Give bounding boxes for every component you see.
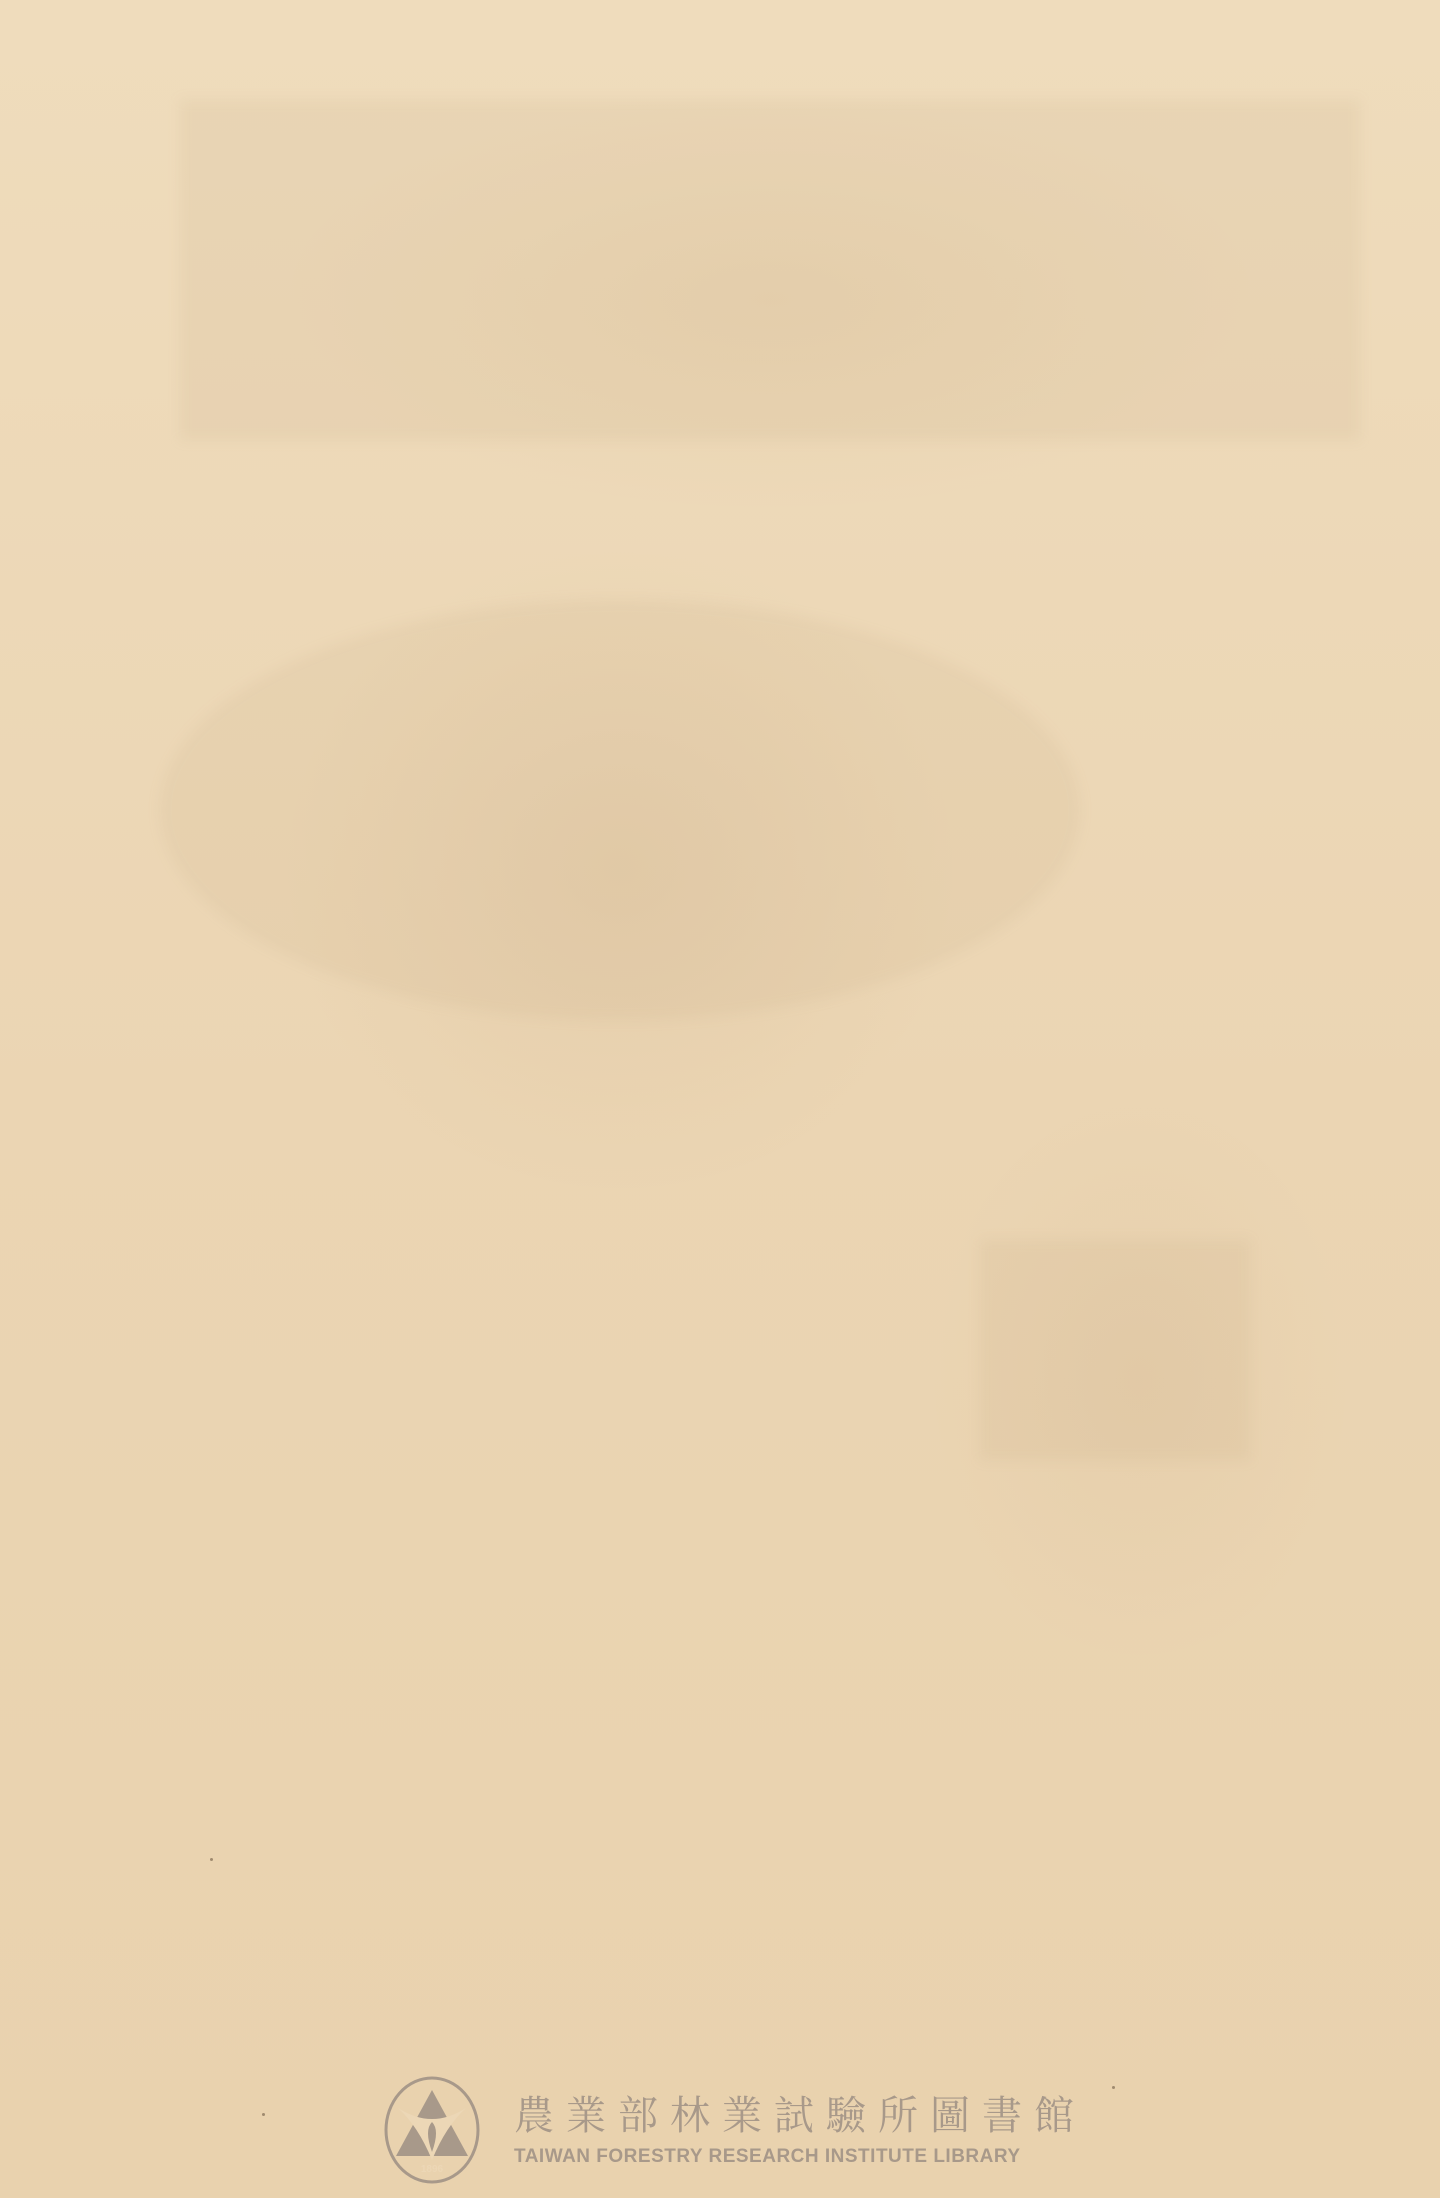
bleed-through-right-box (980, 1240, 1250, 1460)
bleed-through-oval (160, 600, 1080, 1020)
logo-year: 1896 (421, 2164, 444, 2175)
library-watermark: 1896 農業部林業試驗所圖書館 TAIWAN FORESTRY RESEARC… (376, 2068, 1086, 2192)
paper-speck (1112, 2086, 1115, 2089)
paper-speck (262, 2113, 265, 2116)
library-name-zh: 農業部林業試驗所圖書館 (514, 2092, 1086, 2140)
forestry-institute-logo-icon: 1896 (376, 2068, 488, 2192)
library-name-en: TAIWAN FORESTRY RESEARCH INSTITUTE LIBRA… (514, 2146, 1086, 2168)
paper-speck (210, 1858, 213, 1861)
bleed-through-top-block (180, 100, 1360, 440)
